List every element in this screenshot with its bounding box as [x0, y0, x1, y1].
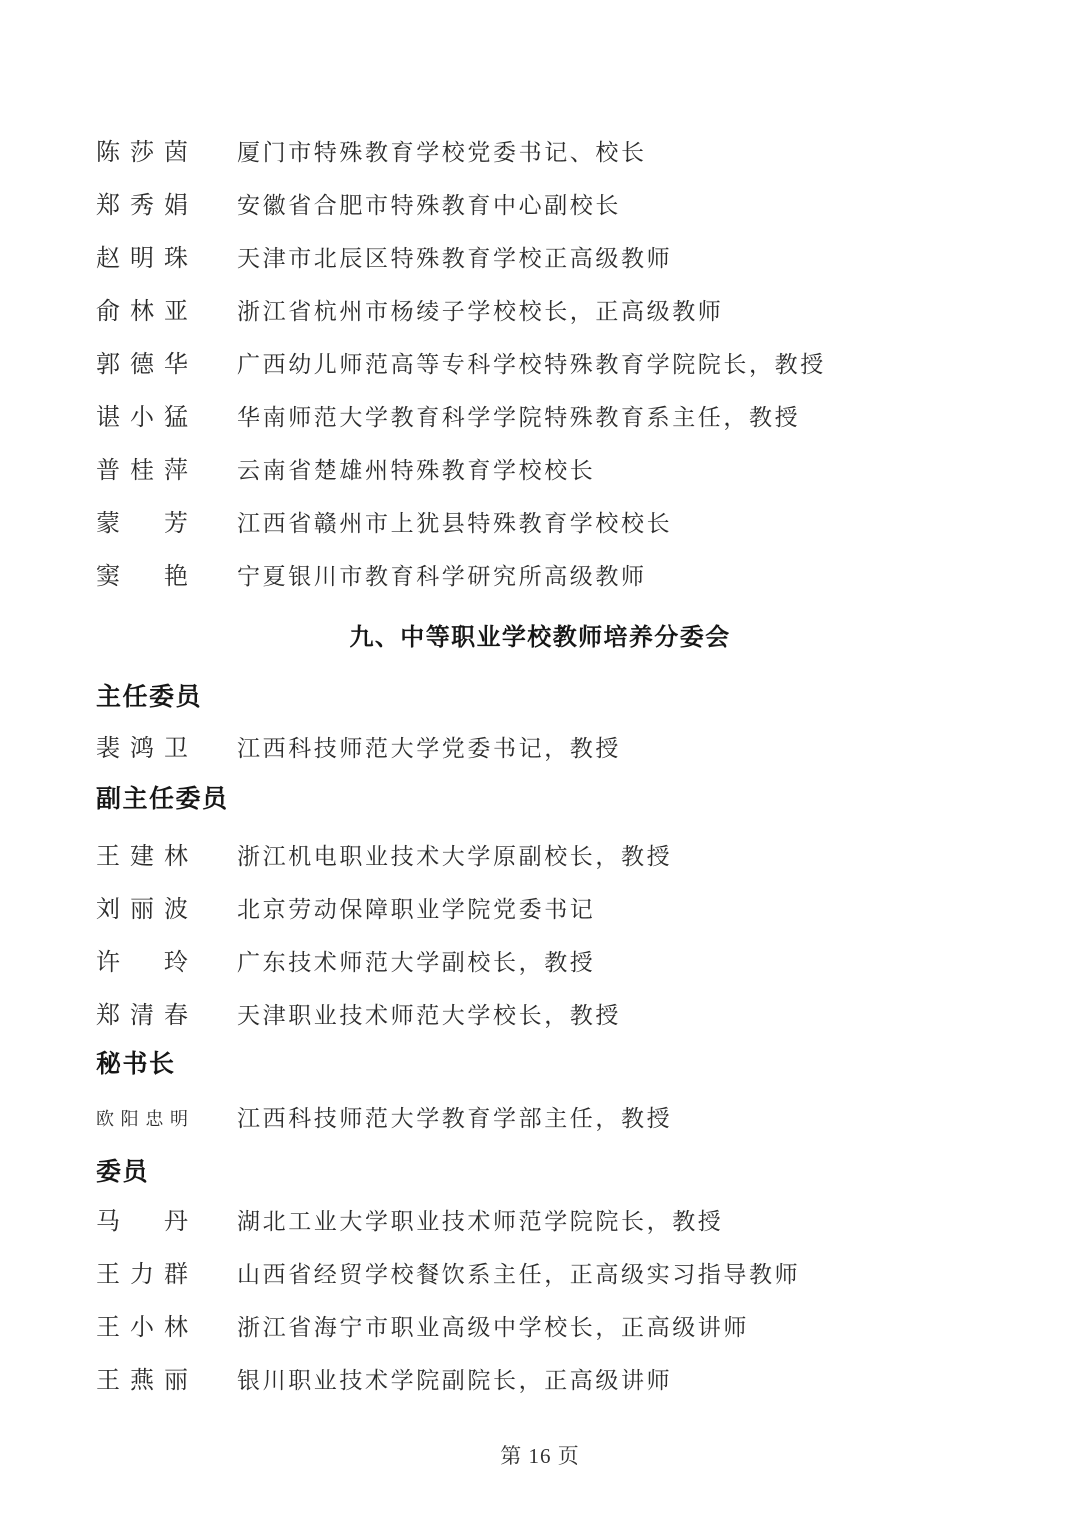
- member-title: 江西科技师范大学党委书记，教授: [237, 737, 621, 761]
- member-title: 江西科技师范大学教育学部主任，教授: [237, 1107, 672, 1131]
- continued-member-list: 陈莎茵厦门市特殊教育学校党委书记、校长郑秀娟安徽省合肥市特殊教育中心副校长赵明珠…: [96, 141, 984, 589]
- member-row: 欧阳忠明江西科技师范大学教育学部主任，教授: [96, 1107, 984, 1131]
- section-heading: 九、中等职业学校教师培养分委会: [96, 625, 984, 651]
- member-row: 许 玲广东技术师范大学副校长，教授: [96, 951, 984, 975]
- member-row: 普桂萍云南省楚雄州特殊教育学校校长: [96, 459, 984, 483]
- role-group: 委员马 丹湖北工业大学职业技术师范学院院长，教授王力群山西省经贸学校餐饮系主任，…: [96, 1160, 984, 1393]
- member-name: 王燕丽: [96, 1369, 188, 1393]
- member-title: 浙江省杭州市杨绫子学校校长，正高级教师: [237, 300, 723, 324]
- member-row: 郭德华广西幼儿师范高等专科学校特殊教育学院院长，教授: [96, 353, 984, 377]
- member-title: 广东技术师范大学副校长，教授: [237, 951, 595, 975]
- member-title: 厦门市特殊教育学校党委书记、校长: [237, 141, 647, 165]
- member-row: 赵明珠天津市北辰区特殊教育学校正高级教师: [96, 247, 984, 271]
- document-body: 陈莎茵厦门市特殊教育学校党委书记、校长郑秀娟安徽省合肥市特殊教育中心副校长赵明珠…: [0, 0, 1080, 1393]
- member-name: 窦 艳: [96, 565, 188, 589]
- page-footer: 第 16 页: [0, 1445, 1080, 1467]
- member-row: 王建林浙江机电职业技术大学原副校长，教授: [96, 845, 984, 869]
- member-name: 郭德华: [96, 353, 188, 377]
- member-title: 宁夏银川市教育科学研究所高级教师: [237, 565, 647, 589]
- member-row: 王力群山西省经贸学校餐饮系主任，正高级实习指导教师: [96, 1263, 984, 1287]
- member-name: 赵明珠: [96, 247, 188, 271]
- member-row: 刘丽波北京劳动保障职业学院党委书记: [96, 898, 984, 922]
- member-row: 谌小猛华南师范大学教育科学学院特殊教育系主任，教授: [96, 406, 984, 430]
- member-title: 银川职业技术学院副院长，正高级讲师: [237, 1369, 672, 1393]
- member-row: 郑清春天津职业技术师范大学校长，教授: [96, 1004, 984, 1028]
- role-group: 秘书长欧阳忠明江西科技师范大学教育学部主任，教授: [96, 1052, 984, 1131]
- member-row: 王小林浙江省海宁市职业高级中学校长，正高级讲师: [96, 1316, 984, 1340]
- role-heading: 秘书长: [96, 1052, 984, 1077]
- member-name: 刘丽波: [96, 898, 188, 922]
- member-name: 郑清春: [96, 1004, 188, 1028]
- member-title: 浙江省海宁市职业高级中学校长，正高级讲师: [237, 1316, 749, 1340]
- member-row: 俞林亚浙江省杭州市杨绫子学校校长，正高级教师: [96, 300, 984, 324]
- member-name: 陈莎茵: [96, 141, 188, 165]
- member-title: 华南师范大学教育科学学院特殊教育系主任，教授: [237, 406, 800, 430]
- member-title: 北京劳动保障职业学院党委书记: [237, 898, 595, 922]
- member-row: 陈莎茵厦门市特殊教育学校党委书记、校长: [96, 141, 984, 165]
- member-name: 王小林: [96, 1316, 188, 1340]
- role-heading: 主任委员: [96, 685, 984, 710]
- role-heading: 委员: [96, 1160, 984, 1185]
- member-title: 云南省楚雄州特殊教育学校校长: [237, 459, 595, 483]
- member-row: 王燕丽银川职业技术学院副院长，正高级讲师: [96, 1369, 984, 1393]
- member-title: 江西省赣州市上犹县特殊教育学校校长: [237, 512, 672, 536]
- member-row: 蒙 芳江西省赣州市上犹县特殊教育学校校长: [96, 512, 984, 536]
- member-name: 马 丹: [96, 1210, 188, 1234]
- member-name: 许 玲: [96, 951, 188, 975]
- member-name: 裴鸿卫: [96, 737, 188, 761]
- member-name: 王建林: [96, 845, 188, 869]
- member-title: 广西幼儿师范高等专科学校特殊教育学院院长，教授: [237, 353, 826, 377]
- member-row: 窦 艳宁夏银川市教育科学研究所高级教师: [96, 565, 984, 589]
- member-title: 天津市北辰区特殊教育学校正高级教师: [237, 247, 672, 271]
- member-row: 马 丹湖北工业大学职业技术师范学院院长，教授: [96, 1210, 984, 1234]
- member-name: 王力群: [96, 1263, 188, 1287]
- member-name: 欧阳忠明: [96, 1107, 188, 1131]
- member-name: 普桂萍: [96, 459, 188, 483]
- member-row: 郑秀娟安徽省合肥市特殊教育中心副校长: [96, 194, 984, 218]
- role-group: 副主任委员王建林浙江机电职业技术大学原副校长，教授刘丽波北京劳动保障职业学院党委…: [96, 787, 984, 1028]
- role-heading: 副主任委员: [96, 787, 984, 812]
- role-group: 主任委员裴鸿卫江西科技师范大学党委书记，教授: [96, 685, 984, 761]
- member-name: 蒙 芳: [96, 512, 188, 536]
- member-row: 裴鸿卫江西科技师范大学党委书记，教授: [96, 737, 984, 761]
- member-name: 郑秀娟: [96, 194, 188, 218]
- member-title: 浙江机电职业技术大学原副校长，教授: [237, 845, 672, 869]
- member-title: 山西省经贸学校餐饮系主任，正高级实习指导教师: [237, 1263, 800, 1287]
- member-title: 安徽省合肥市特殊教育中心副校长: [237, 194, 621, 218]
- member-name: 谌小猛: [96, 406, 188, 430]
- member-title: 天津职业技术师范大学校长，教授: [237, 1004, 621, 1028]
- document-page: 陈莎茵厦门市特殊教育学校党委书记、校长郑秀娟安徽省合肥市特殊教育中心副校长赵明珠…: [0, 0, 1080, 1527]
- role-groups: 主任委员裴鸿卫江西科技师范大学党委书记，教授副主任委员王建林浙江机电职业技术大学…: [96, 685, 984, 1393]
- member-name: 俞林亚: [96, 300, 188, 324]
- member-title: 湖北工业大学职业技术师范学院院长，教授: [237, 1210, 723, 1234]
